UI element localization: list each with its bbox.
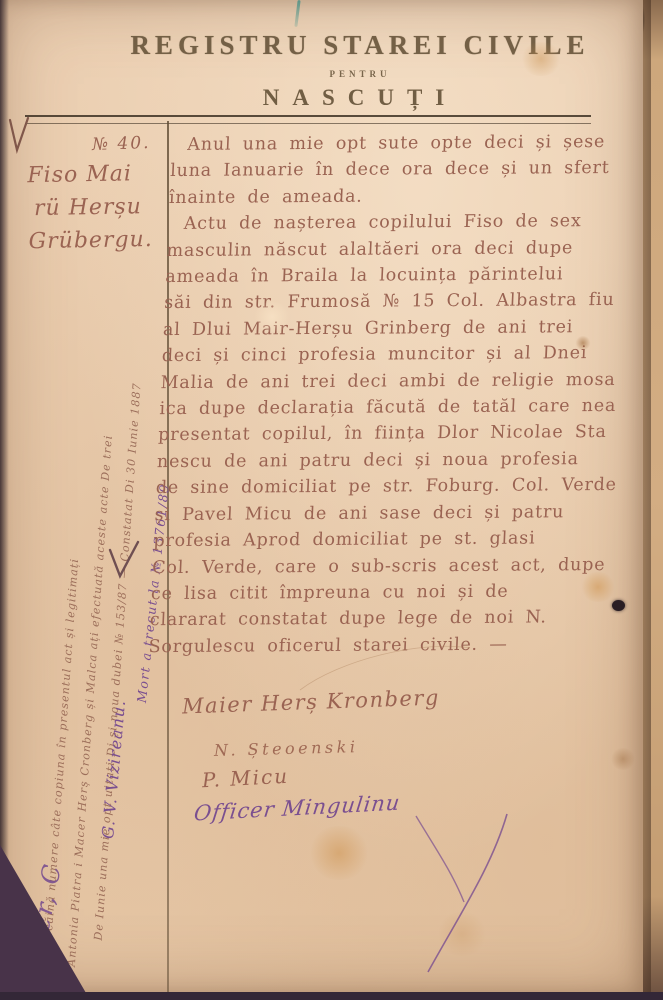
header-rule bbox=[25, 115, 591, 124]
act-body-text: Anul una mie opt sute opte deci și șese … bbox=[148, 129, 630, 661]
act-line: Malia de ani trei deci ambi de religie m… bbox=[160, 367, 619, 397]
act-line: nescu de ani patru deci și noua profesia bbox=[156, 446, 615, 476]
foxing-stain bbox=[610, 748, 636, 770]
act-line: ica dupe declarația făcută de tatăl care… bbox=[159, 393, 618, 423]
act-line: masculin născut alaltăeri ora deci dupe bbox=[166, 234, 625, 264]
act-number: № 40. bbox=[92, 133, 151, 155]
act-line: Anul una mie opt sute opte deci și șese bbox=[171, 129, 630, 159]
act-line: clararat constatat dupe lege de noi N. bbox=[149, 604, 608, 634]
header-subtitle: PENTRU bbox=[120, 69, 600, 79]
act-line: ameada în Braila la locuința părintelui bbox=[165, 261, 624, 291]
act-line: Col. Verde, care o sub-scris acest act, … bbox=[152, 551, 611, 581]
act-line: Sorgulescu oficerul starei civile. — bbox=[148, 631, 607, 661]
act-line: presentat copilul, în ființa Dlor Nicola… bbox=[158, 419, 617, 449]
witness-signature-1: N. Șteoenski bbox=[214, 737, 359, 760]
registrant-name-line: Fiso Mai bbox=[27, 157, 166, 192]
book-binding-bottom bbox=[0, 992, 663, 1000]
paper-hole bbox=[612, 600, 625, 611]
witness-signature-2: P. Micu bbox=[201, 764, 289, 793]
scanned-registry-photo: { "header": { "title": "REGISTRU STAREI … bbox=[0, 0, 663, 1000]
page-left-shadow bbox=[0, 0, 9, 870]
header-category: NASCUȚI bbox=[120, 85, 600, 111]
act-line: luna Ianuarie în dece ora dece și un sfe… bbox=[170, 155, 629, 185]
foxing-stain bbox=[306, 826, 372, 880]
page-title: REGISTRU STAREI CIVILE bbox=[120, 30, 600, 61]
act-line: Actu de nașterea copilului Fiso de sex bbox=[167, 208, 626, 238]
act-line: deci și cinci profesia muncitor și al Dn… bbox=[161, 340, 620, 370]
registrant-name: Fiso Mai rü Herșu Grübergu. bbox=[27, 157, 167, 258]
act-line: înainte de ameada. bbox=[168, 182, 627, 212]
act-line: și Pavel Micu de ani sase deci și patru bbox=[154, 499, 613, 529]
act-line: ce lisa citit împreuna cu noi și de bbox=[150, 578, 609, 608]
printed-header: REGISTRU STAREI CIVILE PENTRU NASCUȚI bbox=[120, 30, 600, 111]
registry-page: REGISTRU STAREI CIVILE PENTRU NASCUȚI № … bbox=[0, 0, 643, 993]
act-line: profesia Aprod domiciliat pe st. glasi bbox=[153, 525, 612, 555]
act-line: de sine domiciliat pe str. Foburg. Col. … bbox=[155, 472, 614, 502]
officer-signature: Officer Mingulinu bbox=[193, 791, 402, 826]
registrant-name-line: Grübergu. bbox=[28, 223, 167, 258]
act-line: al Dlui Mair-Herșu Grinberg de ani trei bbox=[162, 314, 621, 344]
foxing-stain bbox=[436, 912, 488, 956]
father-signature: Maier Herș Kronberg bbox=[182, 686, 441, 719]
registrant-name-line: rü Herșu bbox=[28, 190, 167, 225]
blue-pencil-mark bbox=[294, 0, 300, 27]
act-line: săi din str. Frumosă № 15 Col. Albastra … bbox=[164, 287, 623, 317]
